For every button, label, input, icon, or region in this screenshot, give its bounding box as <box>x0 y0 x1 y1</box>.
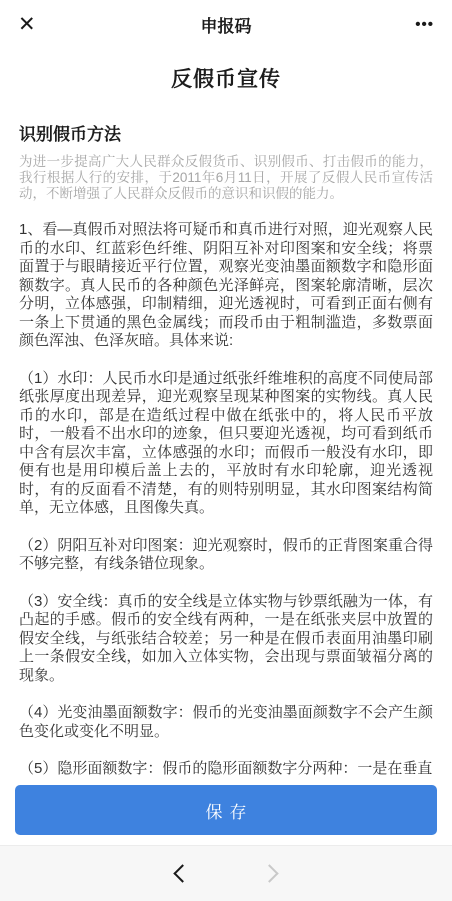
forward-icon[interactable] <box>260 864 278 882</box>
more-menu-icon[interactable]: ••• <box>404 17 434 32</box>
header-title: 申报码 <box>48 12 404 37</box>
paragraph-hidden-denomination: （5）隐形面额数字：假币的隐形面额数字分两种：一是在垂直 <box>19 760 433 779</box>
paragraph-compare-method: 1、看—真假币对照法将可疑币和真币进行对照，迎光观察人民币的水印、红蓝彩色纤维、… <box>19 221 433 351</box>
close-icon[interactable]: ✕ <box>18 14 48 35</box>
paragraph-security-line: （3）安全线：真币的安全线是立体实物与钞票纸融为一体，有凸起的手感。假币的安全线… <box>19 593 433 686</box>
bottom-nav-bar <box>0 845 452 901</box>
app-screen: ✕ 申报码 ••• 反假币宣传 识别假币方法 为进一步提高广大人民群众反假货币、… <box>0 0 452 901</box>
paragraph-registration-pattern: （2）阴阳互补对印图案：迎光观察时，假币的正背图案重合得不够完整，有线条错位现象… <box>19 537 433 574</box>
paragraph-watermark: （1）水印：人民币水印是通过纸张纤维堆积的高度不同使局部纸张厚度出现差异，迎光观… <box>19 370 433 518</box>
article-content: 反假币宣传 识别假币方法 为进一步提高广大人民群众反假货币、识别假币、打击假币的… <box>0 48 452 779</box>
section-heading: 识别假币方法 <box>19 120 433 145</box>
intro-paragraph: 为进一步提高广大人民群众反假货币、识别假币、打击假币的能力，我行根据人行的安排，… <box>19 154 433 202</box>
paragraph-color-changing-ink: （4）光变油墨面额数字：假币的光变油墨面颜数字不会产生颜色变化或变化不明显。 <box>19 704 433 741</box>
page-title: 反假币宣传 <box>19 63 433 93</box>
save-button[interactable]: 保存 <box>15 785 437 835</box>
back-icon[interactable] <box>173 864 191 882</box>
header-bar: ✕ 申报码 ••• <box>0 0 452 48</box>
